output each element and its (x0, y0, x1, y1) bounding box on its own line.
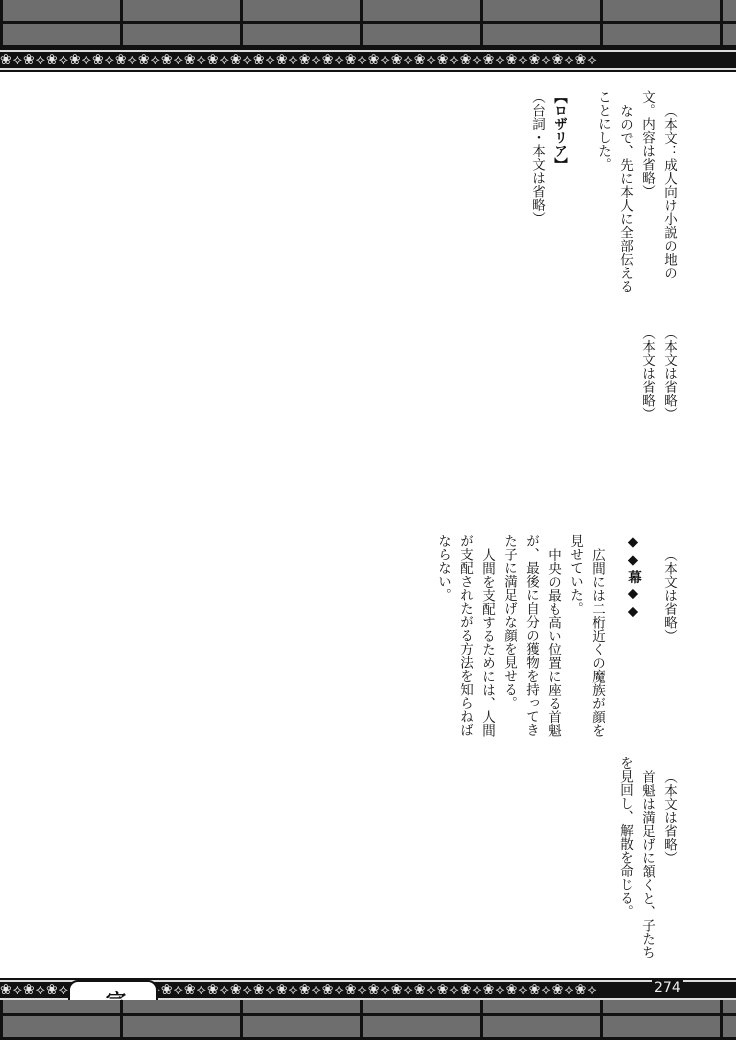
paragraph: （本文は省略） (658, 312, 680, 522)
floral-ornament: ❀⟡❀⟡❀⟡❀⟡❀⟡❀⟡❀⟡❀⟡❀⟡❀⟡❀⟡❀⟡❀⟡❀⟡❀⟡❀⟡❀⟡❀⟡❀⟡❀⟡… (0, 52, 598, 68)
paragraph: 首魁は満足げに頷くと、子たちを見回し、解散を命じる。 (614, 756, 658, 966)
ornamental-border-top: ❀⟡❀⟡❀⟡❀⟡❀⟡❀⟡❀⟡❀⟡❀⟡❀⟡❀⟡❀⟡❀⟡❀⟡❀⟡❀⟡❀⟡❀⟡❀⟡❀⟡… (0, 48, 736, 72)
paragraph: なので、先に本人に全部伝えることにした。 (592, 90, 636, 300)
paragraph: （本文は省略） (658, 756, 680, 966)
scene-divider: ◆◆幕◆◆ (622, 534, 644, 744)
paragraph: （本文：成人向け小説の地の文。内容は省略） (636, 90, 680, 300)
page-number: 274 (652, 978, 683, 998)
novel-body: （本文：成人向け小説の地の文。内容は省略） なので、先に本人に全部伝えることにし… (60, 90, 680, 960)
text-tier-1: （本文：成人向け小説の地の文。内容は省略） なので、先に本人に全部伝えることにし… (60, 90, 680, 300)
paragraph: 中央の最も高い位置に座る首魁が、最後に自分の獲物を持ってきた子に満足げな顔を見せ… (498, 534, 564, 744)
paragraph: 人間を支配するためには、人間が支配されたがる方法を知らねばならない。 (432, 534, 498, 744)
text-tier-3: （本文は省略） ◆◆幕◆◆ 広間には二桁近くの魔族が顔を見せていた。 中央の最も… (60, 534, 680, 744)
paragraph: （台詞・本文は省略） (526, 90, 548, 300)
paragraph: 広間には二桁近くの魔族が顔を見せていた。 (564, 534, 608, 744)
paragraph: （本文は省略） (636, 312, 658, 522)
brick-wall-footer (0, 1000, 736, 1040)
text-tier-2: （本文は省略） （本文は省略） (60, 312, 680, 522)
brick-wall-header (0, 0, 736, 48)
text-tier-4: （本文は省略） 首魁は満足げに頷くと、子たちを見回し、解散を命じる。 (60, 756, 680, 966)
paragraph: （本文は省略） (658, 534, 680, 744)
speaker-heading: 【ロザリア】 (548, 90, 570, 300)
